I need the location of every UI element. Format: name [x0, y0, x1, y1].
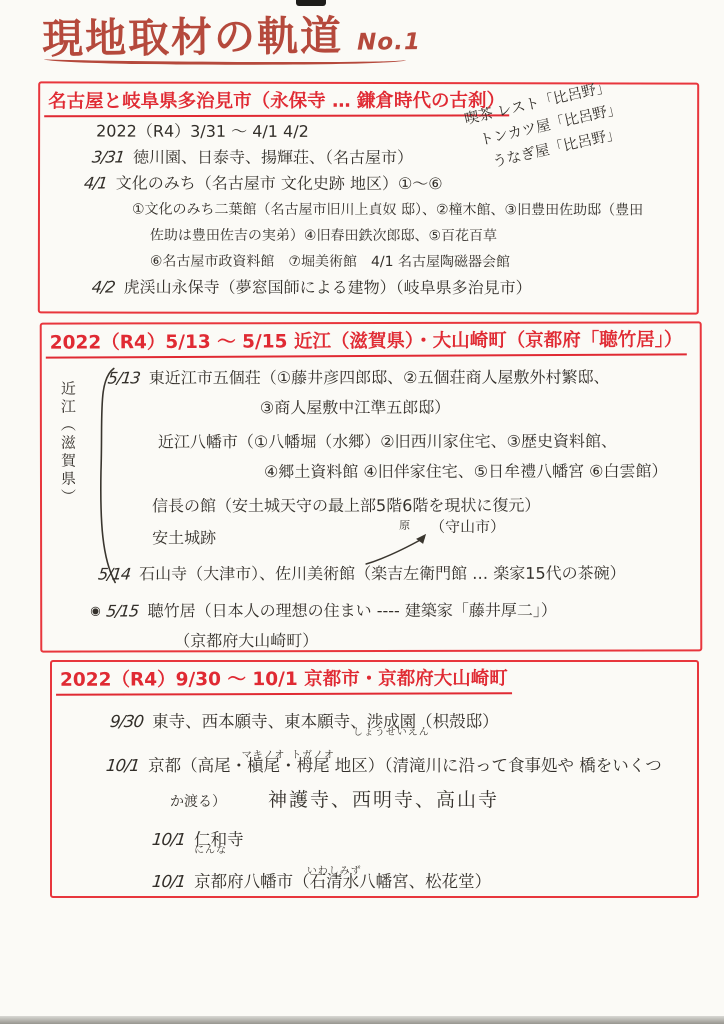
section-header: 2022（R4）9/30 ～ 10/1 京都市・京都府大山崎町: [56, 664, 512, 696]
trip-line: ①文化のみち二葉館（名古屋市旧川上貞奴 邸）、②橦木館、③旧豊田佐助邸（豊田: [132, 197, 697, 224]
section-header: 名古屋と岐阜県多治見市（永保寺 … 鎌倉時代の古刹）: [44, 86, 509, 117]
line-text: 京都府八幡市（: [194, 872, 310, 891]
trip-line: 9/30東寺、西本願寺、東本願寺、渉成園しょうせいえん（枳殻邸）: [110, 705, 697, 739]
line-text: 京都（高尾・: [148, 756, 247, 775]
line-text: 寺: [227, 830, 244, 849]
furigana: しょうせいえん: [353, 716, 430, 750]
line-text: 徳川園、日泰寺、揚輝荘、（名古屋市）: [133, 148, 413, 167]
line-text: ①文化のみち二葉館（名古屋市旧川上貞奴 邸）、②橦木館、③旧豊田佐助邸（豊田: [132, 202, 643, 219]
trip-line: 4/1文化のみち（名古屋市 文化史跡 地区）①～⑥: [84, 171, 697, 198]
date-label: 10/1: [150, 865, 187, 899]
trip-line: （京都府大山崎町）: [174, 625, 700, 656]
trip-period: 2022（R4）3/31 ～ 4/1 4/2: [96, 119, 697, 146]
trip-line: 10/1京都（高尾・槇尾マキノオ・栂尾トガノオ 地区）（清滝川に沿って食事処や …: [106, 749, 697, 783]
section-box-nagoya: 名古屋と岐阜県多治見市（永保寺 … 鎌倉時代の古刹） 喫茶 レスト「比呂野」 ト…: [38, 81, 699, 314]
furigana: マキノオ: [242, 739, 286, 773]
section-box-kyoto: 2022（R4）9/30 ～ 10/1 京都市・京都府大山崎町 9/30東寺、西…: [50, 660, 699, 898]
region-side-label: 近江（滋賀県）: [58, 381, 79, 507]
line-text: 神護寺、西明寺、高山寺: [268, 789, 499, 811]
line-text: 八幡宮、松花堂）: [359, 872, 491, 891]
section-box-omi: 2022（R4）5/13 ～ 5/15 近江（滋賀県）・大山崎町（京都府「聴竹居…: [40, 321, 703, 652]
scan-smudge: [296, 0, 326, 6]
date-label: 3/31: [91, 145, 126, 171]
furigana: いわしみず: [307, 855, 362, 889]
line-text: 地区）（清滝川に沿って食事処や 橋をいくつ: [330, 756, 662, 775]
trip-line: ④郷土資料館 ④旧伴家住宅、⑤日牟禮八幡宮 ⑥白雲館）: [264, 456, 700, 487]
line-text: 信長の館（安土城天守の最上部5階6階を現状に復元）: [152, 496, 540, 516]
trip-line: 10/1京都府八幡市（石清水いわしみず八幡宮、松花堂）: [152, 865, 697, 899]
line-text: ③商人屋敷中江準五郎邸）: [260, 398, 450, 417]
trip-line: 5/14石山寺（大津市）、佐川美術館（楽吉左衛門館 … 楽家15代の茶碗）: [98, 558, 700, 589]
title-number: No.1: [357, 29, 421, 56]
line-text: 石山寺（大津市）、佐川美術館（楽吉左衛門館 … 楽家15代の茶碗）: [139, 564, 626, 584]
trip-line: 近江八幡市（①八幡堀（水郷）②旧西川家住宅、③歴史資料館、: [158, 426, 700, 457]
ruby-word: 仁和にんな: [194, 823, 227, 857]
section-header: 2022（R4）5/13 ～ 5/15 近江（滋賀県）・大山崎町（京都府「聴竹居…: [46, 325, 687, 358]
line-text: 東寺、西本願寺、東本願寺、: [152, 712, 367, 731]
date-label: 10/1: [104, 749, 141, 783]
trip-line: 5/13東近江市五個荘（①藤井彦四郎邸、②五個荘商人屋敷外村繁邸、: [108, 362, 700, 393]
date-label: 5/13: [106, 363, 141, 393]
line-text: 虎渓山永保寺（夢窓国師による建物）（岐阜県多治見市）: [124, 278, 532, 298]
trip-line: ◉5/15聴竹居（日本人の理想の住まい ---- 建築家「藤井厚二」）: [90, 594, 700, 626]
line-text: 近江八幡市（①八幡堀（水郷）②旧西川家住宅、③歴史資料館、: [158, 432, 617, 452]
line-text: 東近江市五個荘（①藤井彦四郎邸、②五個荘商人屋敷外村繁邸、: [149, 368, 610, 388]
date-label: 5/15: [105, 596, 140, 626]
trip-line: 4/2虎渓山永保寺（夢窓国師による建物）（岐阜県多治見市）: [92, 275, 697, 302]
trip-line: ③商人屋敷中江準五郎邸）: [260, 392, 700, 423]
trip-line: 信長の館（安土城天守の最上部5階6階を現状に復元） 原: [152, 490, 700, 521]
line-text: か渡る）: [170, 794, 226, 810]
line-text: 安土城跡: [152, 528, 216, 547]
trip-line: 佐助は豊田佐吉の実弟）④旧春田鉄次郎邸、⑤百花百草: [150, 223, 697, 250]
trip-line: ⑥名古屋市政資料館 ⑦堀美術館 4/1 名古屋陶磁器会館: [150, 249, 697, 276]
line-text: 聴竹居（日本人の理想の住まい ---- 建築家「藤井厚二」）: [148, 601, 557, 621]
date-label: 10/1: [150, 823, 187, 857]
line-text: ④郷土資料館 ④旧伴家住宅、⑤日牟禮八幡宮 ⑥白雲館）: [264, 461, 668, 481]
scan-edge: [0, 1016, 724, 1024]
moriyama-note: （守山市）: [430, 516, 505, 537]
line-text: 文化のみち（名古屋市 文化史跡 地区）①～⑥: [116, 174, 443, 194]
line-text: ⑥名古屋市政資料館 ⑦堀美術館 4/1 名古屋陶磁器会館: [150, 254, 510, 271]
bullet-mark: ◉: [90, 595, 101, 625]
furigana: トガノオ: [291, 739, 335, 773]
brace-icon: [90, 366, 116, 586]
ruby-word: 槇尾マキノオ: [247, 749, 280, 783]
date-label: 4/1: [83, 171, 109, 197]
ruby-word: 渉成園しょうせいえん: [367, 705, 417, 739]
furigana: にんな: [194, 834, 227, 868]
ruby-word: 石清水いわしみず: [310, 865, 360, 899]
date-label: 9/30: [108, 705, 145, 739]
line-text: （京都府大山崎町）: [174, 631, 318, 650]
date-label: 5/14: [97, 559, 132, 589]
line-text: 2022（R4）3/31 ～ 4/1 4/2: [96, 122, 309, 141]
trip-line: か渡る）神護寺、西明寺、高山寺: [170, 783, 697, 819]
line-text: 佐助は豊田佐吉の実弟）④旧春田鉄次郎邸、⑤百花百草: [150, 228, 497, 245]
trip-line: 10/1仁和にんな寺: [152, 823, 697, 857]
trip-line: 3/31徳川園、日泰寺、揚輝荘、（名古屋市）: [92, 145, 697, 172]
ruby-word: 栂尾トガノオ: [297, 749, 330, 783]
date-label: 4/2: [90, 275, 116, 301]
